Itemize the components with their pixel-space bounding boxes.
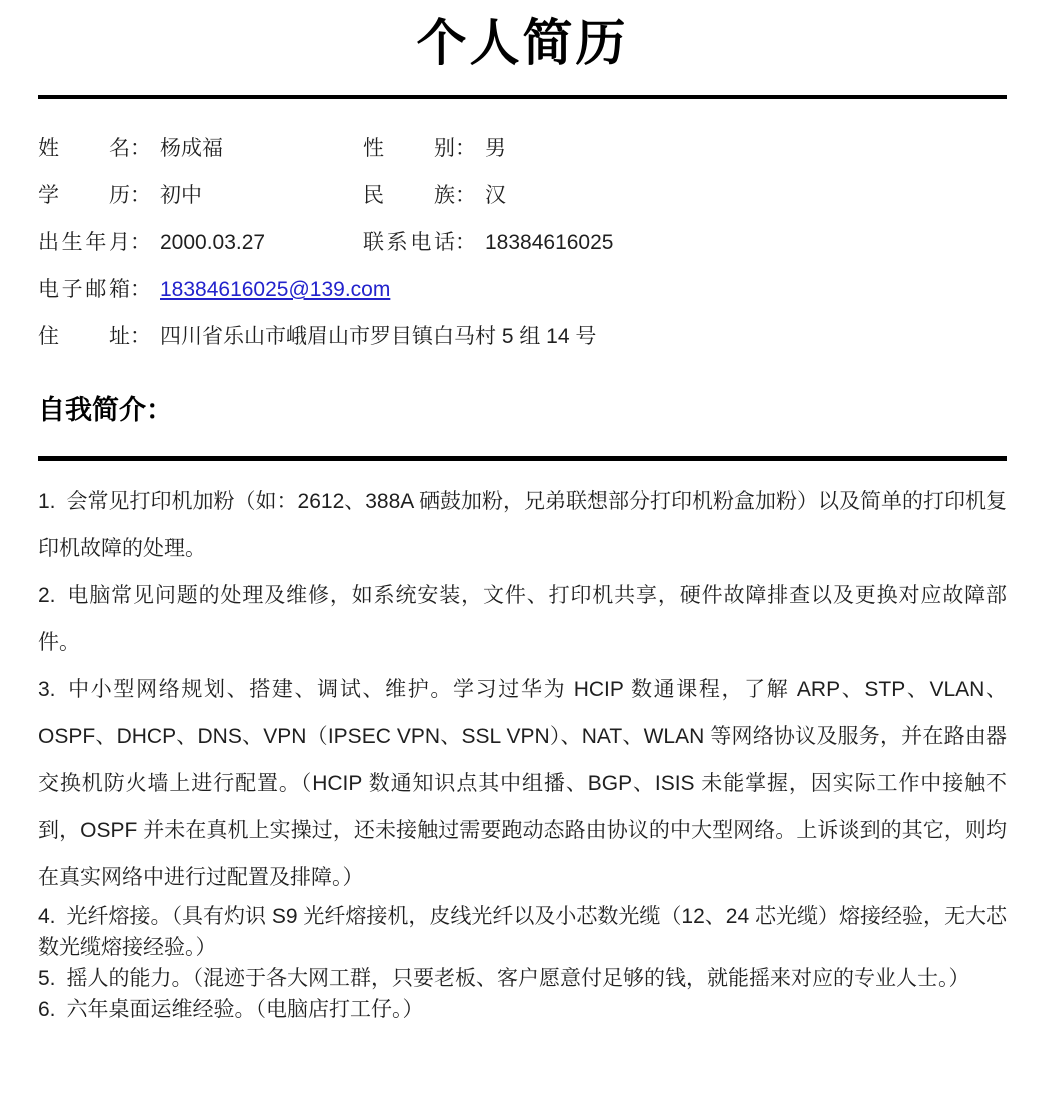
phone-field: 联系电话：18384616025 xyxy=(363,219,1007,266)
education-label: 学历 xyxy=(38,172,130,219)
intro-item-4: 4.光纤熔接。（具有灼识 S9 光纤熔接机，皮线光纤以及小芯数光缆（12、24 … xyxy=(38,901,1007,963)
education-field: 学历：初中 xyxy=(38,172,363,219)
info-row-birthdate-phone: 出生年月：2000.03.27 联系电话：18384616025 xyxy=(38,219,1007,266)
item-text: 六年桌面运维经验。（电脑店打工仔。） xyxy=(67,998,424,1021)
address-value: 四川省乐山市峨眉山市罗目镇白马村 5 组 14 号 xyxy=(160,325,596,348)
item-number: 1. xyxy=(38,490,56,513)
info-row-education-ethnicity: 学历：初中 民族：汉 xyxy=(38,172,1007,219)
education-value: 初中 xyxy=(160,184,202,207)
intro-item-5: 5.摇人的能力。（混迹于各大网工群，只要老板、客户愿意付足够的钱，就能摇来对应的… xyxy=(38,963,1007,994)
phone-value: 18384616025 xyxy=(485,231,613,254)
page-title: 个人简历 xyxy=(38,0,1007,76)
email-field: 电子邮箱：18384616025@139.com xyxy=(38,266,1007,313)
colon: ： xyxy=(130,125,151,172)
ethnicity-value: 汉 xyxy=(485,184,506,207)
ethnicity-label: 民族 xyxy=(363,172,455,219)
address-label: 住址 xyxy=(38,313,130,360)
item-text: 中小型网络规划、搭建、调试、维护。学习过华为 HCIP 数通课程，了解 ARP、… xyxy=(38,678,1007,889)
email-label: 电子邮箱 xyxy=(38,266,130,313)
colon: ： xyxy=(130,313,151,360)
intro-item-2: 2.电脑常见问题的处理及维修，如系统安装，文件、打印机共享，硬件故障排查以及更换… xyxy=(38,572,1007,666)
item-text: 会常见打印机加粉（如：2612、388A 硒鼓加粉，兄弟联想部分打印机粉盒加粉）… xyxy=(38,490,1007,560)
section-divider xyxy=(38,456,1007,461)
personal-info-section: 姓名：杨成福 性别：男 学历：初中 民族：汉 出生年月：2000.03.27 联… xyxy=(38,125,1007,360)
item-text: 光纤熔接。（具有灼识 S9 光纤熔接机，皮线光纤以及小芯数光缆（12、24 芯光… xyxy=(38,905,1007,959)
colon: ： xyxy=(455,172,476,219)
colon: ： xyxy=(130,219,151,266)
birthdate-field: 出生年月：2000.03.27 xyxy=(38,219,363,266)
colon: ： xyxy=(130,172,151,219)
email-link[interactable]: 18384616025@139.com xyxy=(160,278,390,301)
birthdate-value: 2000.03.27 xyxy=(160,231,265,254)
colon: ： xyxy=(455,219,476,266)
intro-item-1: 1.会常见打印机加粉（如：2612、388A 硒鼓加粉，兄弟联想部分打印机粉盒加… xyxy=(38,478,1007,572)
phone-label: 联系电话 xyxy=(363,219,455,266)
item-text: 摇人的能力。（混迹于各大网工群，只要老板、客户愿意付足够的钱，就能摇来对应的专业… xyxy=(67,967,970,990)
item-text: 电脑常见问题的处理及维修，如系统安装，文件、打印机共享，硬件故障排查以及更换对应… xyxy=(38,584,1007,654)
self-intro-list: 1.会常见打印机加粉（如：2612、388A 硒鼓加粉，兄弟联想部分打印机粉盒加… xyxy=(38,478,1007,1025)
item-number: 2. xyxy=(38,584,56,607)
item-number: 5. xyxy=(38,967,56,990)
name-field: 姓名：杨成福 xyxy=(38,125,363,172)
section-header-self-intro: 自我简介： xyxy=(38,392,1007,428)
colon: ： xyxy=(455,125,476,172)
ethnicity-field: 民族：汉 xyxy=(363,172,1007,219)
intro-item-6: 6.六年桌面运维经验。（电脑店打工仔。） xyxy=(38,994,1007,1025)
gender-value: 男 xyxy=(485,137,506,160)
item-number: 4. xyxy=(38,905,56,928)
birthdate-label: 出生年月 xyxy=(38,219,130,266)
intro-item-3: 3.中小型网络规划、搭建、调试、维护。学习过华为 HCIP 数通课程，了解 AR… xyxy=(38,666,1007,901)
info-row-name-gender: 姓名：杨成福 性别：男 xyxy=(38,125,1007,172)
colon: ： xyxy=(130,266,151,313)
info-row-email: 电子邮箱：18384616025@139.com xyxy=(38,266,1007,313)
resume-document: 个人简历 姓名：杨成福 性别：男 学历：初中 民族：汉 出生年月：2000.03… xyxy=(0,0,1045,1025)
gender-label: 性别 xyxy=(363,125,455,172)
name-label: 姓名 xyxy=(38,125,130,172)
item-number: 3. xyxy=(38,678,56,701)
address-field: 住址：四川省乐山市峨眉山市罗目镇白马村 5 组 14 号 xyxy=(38,313,1007,360)
title-divider xyxy=(38,95,1007,99)
gender-field: 性别：男 xyxy=(363,125,1007,172)
info-row-address: 住址：四川省乐山市峨眉山市罗目镇白马村 5 组 14 号 xyxy=(38,313,1007,360)
item-number: 6. xyxy=(38,998,56,1021)
name-value: 杨成福 xyxy=(160,137,223,160)
